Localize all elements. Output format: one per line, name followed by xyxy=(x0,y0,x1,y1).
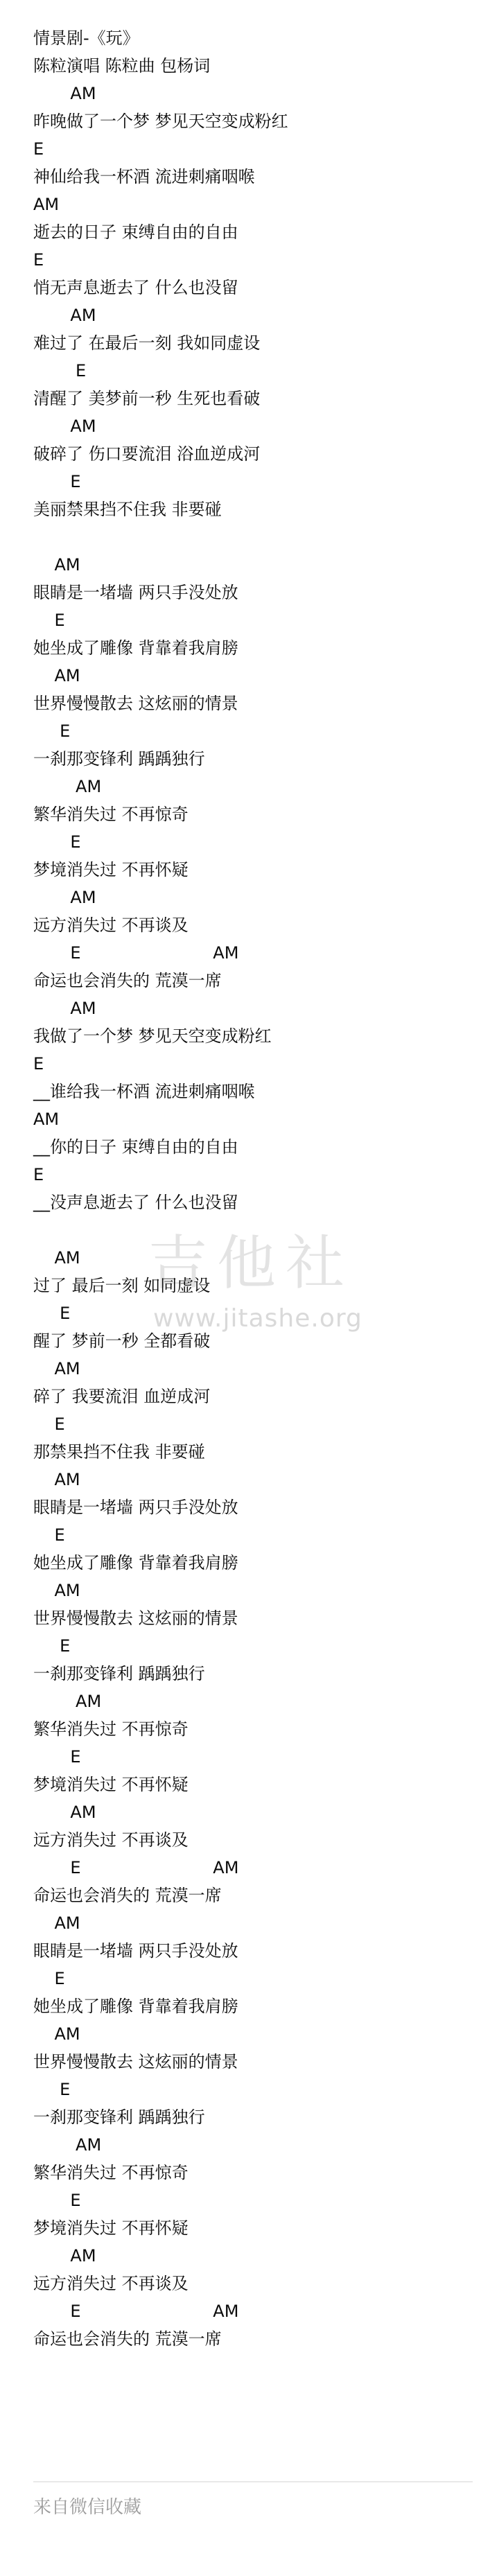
chord-line: AM xyxy=(33,995,499,1022)
lyric-line: 悄无声息逝去了 什么也没留 xyxy=(33,274,499,301)
chord-line: E xyxy=(33,2076,499,2103)
lyric-line: 梦境消失过 不再怀疑 xyxy=(33,856,499,884)
chord-line: AM xyxy=(33,2131,499,2159)
chord-line: E xyxy=(33,2187,499,2214)
page-title: 情景剧-《玩》 xyxy=(33,24,499,52)
lyric-line: 清醒了 美梦前一秒 生死也看破 xyxy=(33,385,499,412)
lyric-line: 世界慢慢散去 这炫丽的情景 xyxy=(33,1604,499,1632)
lyric-line: 美丽禁果挡不住我 非要碰 xyxy=(33,496,499,523)
lyric-line: 梦境消失过 不再怀疑 xyxy=(33,2214,499,2242)
chord-line: AM xyxy=(33,2020,499,2048)
lyric-line: 繁华消失过 不再惊奇 xyxy=(33,2159,499,2187)
lyric-line: __没声息逝去了 什么也没留 xyxy=(33,1189,499,1216)
lyric-line: 世界慢慢散去 这炫丽的情景 xyxy=(33,2048,499,2076)
chord-line: E xyxy=(33,1521,499,1549)
chord-line: AM xyxy=(33,1798,499,1826)
lyric-line: 远方消失过 不再谈及 xyxy=(33,2270,499,2297)
chord-line: E xyxy=(33,828,499,856)
chord-line: AM xyxy=(33,1466,499,1493)
chord-line: E xyxy=(33,1299,499,1327)
lyric-line: 梦境消失过 不再怀疑 xyxy=(33,1771,499,1798)
chord-line: E xyxy=(33,468,499,496)
lyrics-chords-block: AM昨晚做了一个梦 梦见天空变成粉红E神仙给我一杯酒 流进刺痛咽喉AM逝去的日子… xyxy=(33,80,499,2353)
lyric-line: 眼睛是一堵墙 两只手没处放 xyxy=(33,579,499,606)
lyric-line: 她坐成了雕像 背靠着我肩膀 xyxy=(33,1549,499,1577)
chord-line: AM xyxy=(33,884,499,911)
lyric-line: 一刹那变锋利 踽踽独行 xyxy=(33,1660,499,1688)
chord-line: AM xyxy=(33,1577,499,1604)
chord-line: AM xyxy=(33,662,499,690)
lyric-line: 命运也会消失的 荒漠一席 xyxy=(33,2325,499,2353)
lyric-line: 神仙给我一杯酒 流进刺痛咽喉 xyxy=(33,163,499,191)
chord-line: E xyxy=(33,1965,499,1992)
lyric-line: 那禁果挡不住我 非要碰 xyxy=(33,1438,499,1466)
lyric-line: 繁华消失过 不再惊奇 xyxy=(33,800,499,828)
lyric-line: 我做了一个梦 梦见天空变成粉红 xyxy=(33,1022,499,1050)
blank-line xyxy=(33,1216,499,1244)
footer-source-label: 来自微信收藏 xyxy=(33,2494,141,2521)
chord-line: AM xyxy=(33,191,499,218)
chord-sheet: 情景剧-《玩》 陈粒演唱 陈粒曲 包杨词 AM昨晚做了一个梦 梦见天空变成粉红E… xyxy=(33,24,499,2353)
lyric-line: 繁华消失过 不再惊奇 xyxy=(33,1715,499,1743)
chord-line: E xyxy=(33,717,499,745)
lyric-line: 命运也会消失的 荒漠一席 xyxy=(33,967,499,995)
lyric-line: 眼睛是一堵墙 两只手没处放 xyxy=(33,1937,499,1965)
chord-line: E AM xyxy=(33,939,499,967)
footer-divider xyxy=(33,2481,473,2482)
lyric-line: 一刹那变锋利 踽踽独行 xyxy=(33,745,499,773)
lyric-line: 眼睛是一堵墙 两只手没处放 xyxy=(33,1493,499,1521)
chord-line: AM xyxy=(33,551,499,579)
lyric-line: 昨晚做了一个梦 梦见天空变成粉红 xyxy=(33,107,499,135)
chord-line: AM xyxy=(33,1688,499,1715)
chord-line: AM xyxy=(33,2242,499,2270)
chord-line: AM xyxy=(33,80,499,107)
lyric-line: 世界慢慢散去 这炫丽的情景 xyxy=(33,690,499,717)
lyric-line: 远方消失过 不再谈及 xyxy=(33,911,499,939)
credits-line: 陈粒演唱 陈粒曲 包杨词 xyxy=(33,52,499,80)
chord-line: AM xyxy=(33,1244,499,1272)
blank-line xyxy=(33,523,499,551)
lyric-line: 远方消失过 不再谈及 xyxy=(33,1826,499,1854)
lyric-line: 逝去的日子 束缚自由的自由 xyxy=(33,218,499,246)
chord-line: E xyxy=(33,1743,499,1771)
lyric-line: 难过了 在最后一刻 我如同虚设 xyxy=(33,329,499,357)
chord-line: AM xyxy=(33,412,499,440)
lyric-line: 过了 最后一刻 如同虚设 xyxy=(33,1272,499,1299)
chord-line: E xyxy=(33,606,499,634)
chord-line: E xyxy=(33,1410,499,1438)
lyric-line: 一刹那变锋利 踽踽独行 xyxy=(33,2103,499,2131)
lyric-line: 破碎了 伤口要流泪 浴血逆成河 xyxy=(33,440,499,468)
chord-line: E xyxy=(33,1050,499,1078)
chord-line: AM xyxy=(33,301,499,329)
chord-line: AM xyxy=(33,1105,499,1133)
lyric-line: __你的日子 束缚自由的自由 xyxy=(33,1133,499,1161)
chord-line: E xyxy=(33,357,499,385)
lyric-line: 她坐成了雕像 背靠着我肩膀 xyxy=(33,634,499,662)
chord-line: E xyxy=(33,1632,499,1660)
lyric-line: 碎了 我要流泪 血逆成河 xyxy=(33,1383,499,1410)
chord-line: AM xyxy=(33,773,499,800)
chord-line: AM xyxy=(33,1909,499,1937)
chord-line: E xyxy=(33,1161,499,1189)
chord-line: AM xyxy=(33,1355,499,1383)
chord-line: E xyxy=(33,246,499,274)
lyric-line: __谁给我一杯酒 流进刺痛咽喉 xyxy=(33,1078,499,1105)
lyric-line: 醒了 梦前一秒 全都看破 xyxy=(33,1327,499,1355)
wechat-favorite-note-page: { "page": { "background": "#ffffff", "te… xyxy=(0,0,499,2576)
lyric-line: 命运也会消失的 荒漠一席 xyxy=(33,1882,499,1909)
chord-line: E AM xyxy=(33,1854,499,1882)
lyric-line: 她坐成了雕像 背靠着我肩膀 xyxy=(33,1992,499,2020)
chord-line: E xyxy=(33,135,499,163)
chord-line: E AM xyxy=(33,2297,499,2325)
